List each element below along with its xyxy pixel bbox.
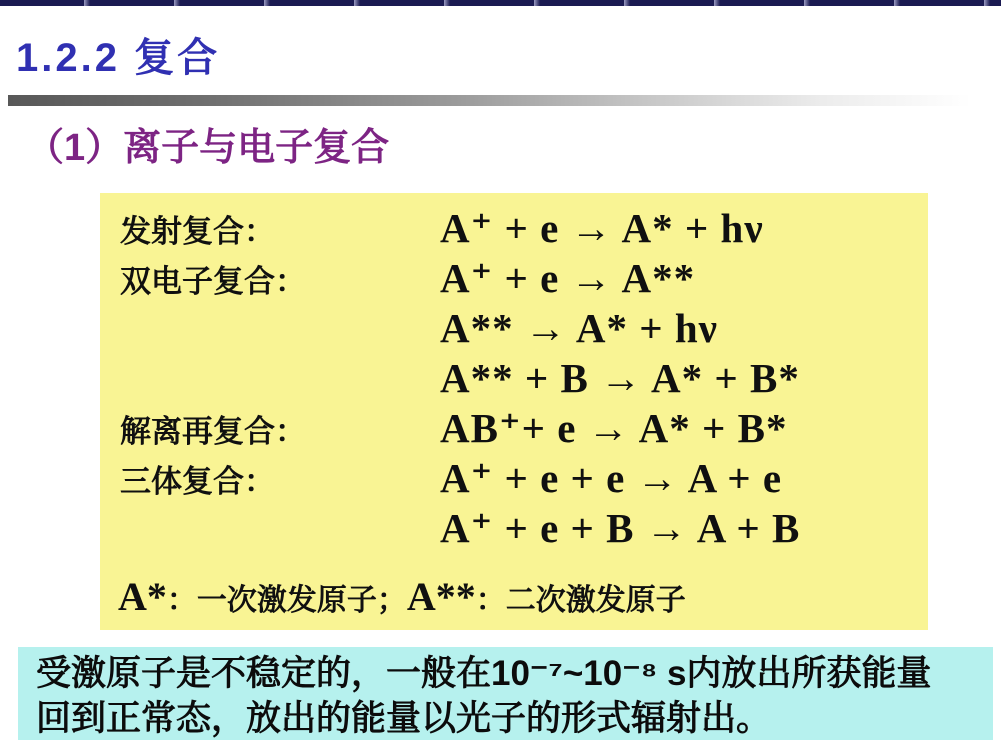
formula-equation: AB⁺+ e → A* + B* (440, 404, 787, 452)
formula-row: 双电子复合： A⁺ + e → A** (100, 253, 928, 303)
presentation-slide: 1.2.2 复合 （1）离子与电子复合 发射复合： A⁺ + e → A* + … (0, 0, 1001, 740)
legend-symbol-single: A* (118, 574, 167, 619)
note-line-2: 回到正常态，放出的能量以光子的形式辐射出。 (36, 696, 993, 740)
section-heading: （1）离子与电子复合 (26, 116, 389, 171)
formula-row: A** + B → A* + B* (100, 353, 928, 403)
formula-equation: A⁺ + e → A** (440, 254, 695, 302)
legend-text-single: ：一次激发原子； (167, 584, 407, 617)
slide-title: 1.2.2 复合 (16, 26, 220, 83)
note-box: 受激原子是不稳定的，一般在10⁻⁷~10⁻⁸ s内放出所获能量 回到正常态，放出… (18, 647, 993, 740)
formula-equation: A** + B → A* + B* (440, 354, 800, 402)
formula-label: 双电子复合： (120, 256, 440, 301)
legend-text-double: ：二次激发原子 (476, 584, 686, 617)
formula-row: 解离再复合： AB⁺+ e → A* + B* (100, 403, 928, 453)
formula-equation: A** → A* + hν (440, 304, 718, 352)
formula-equation: A⁺ + e + B → A + B (440, 504, 800, 552)
legend-line: A*：一次激发原子；A**：二次激发原子 (100, 573, 928, 620)
formula-equation: A⁺ + e → A* + hν (440, 204, 764, 252)
formula-box: 发射复合： A⁺ + e → A* + hν 双电子复合： A⁺ + e → A… (100, 193, 928, 630)
formula-row: 发射复合： A⁺ + e → A* + hν (100, 203, 928, 253)
legend-symbol-double: A** (407, 574, 476, 619)
formula-label: 三体复合： (120, 456, 440, 501)
title-divider-bar (8, 95, 1001, 106)
note-line-1: 受激原子是不稳定的，一般在10⁻⁷~10⁻⁸ s内放出所获能量 (36, 651, 993, 696)
formula-equation: A⁺ + e + e → A + e (440, 454, 782, 502)
formula-label: 解离再复合： (120, 406, 440, 451)
formula-row: A⁺ + e + B → A + B (100, 503, 928, 553)
formula-row: A** → A* + hν (100, 303, 928, 353)
formula-label: 发射复合： (120, 206, 440, 251)
top-decor-strip (0, 0, 1001, 6)
formula-row: 三体复合： A⁺ + e + e → A + e (100, 453, 928, 503)
